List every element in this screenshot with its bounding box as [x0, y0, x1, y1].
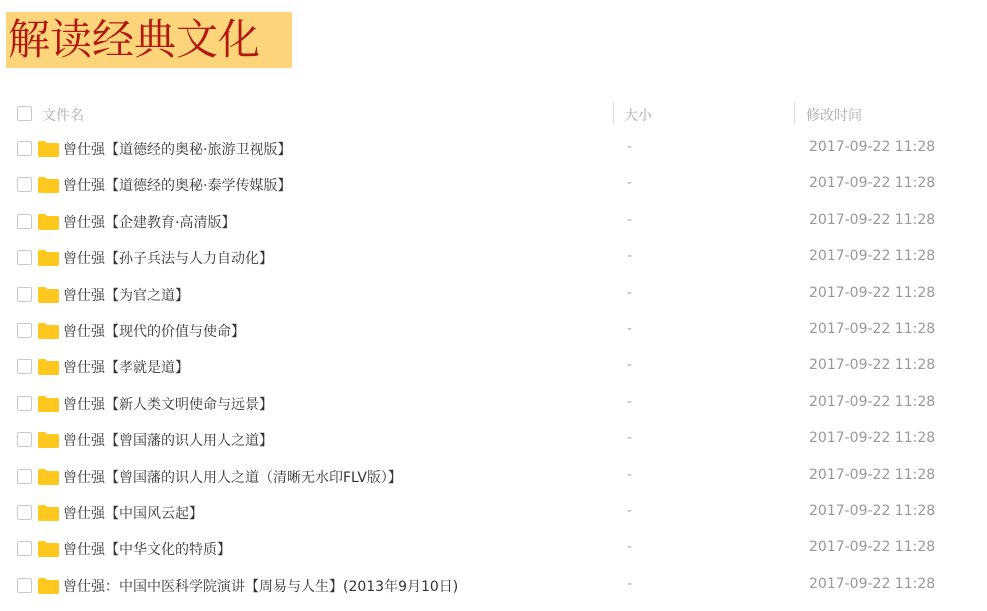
- file-name-link[interactable]: 曾仕强【曾国藩的识人用人之道】: [63, 430, 273, 450]
- file-modified-time: 2017-09-22 11:28: [809, 285, 935, 301]
- file-row[interactable]: 曾仕强【中华文化的特质】-2017-09-22 11:28: [0, 535, 987, 571]
- file-modified-time: 2017-09-22 11:28: [809, 430, 935, 446]
- file-size: -: [627, 576, 632, 592]
- file-row[interactable]: 曾仕强【为官之道】-2017-09-22 11:28: [0, 281, 987, 317]
- row-checkbox[interactable]: [17, 469, 32, 484]
- file-row[interactable]: 曾仕强【孙子兵法与人力自动化】-2017-09-22 11:28: [0, 244, 987, 280]
- file-modified-time: 2017-09-22 11:28: [809, 321, 935, 337]
- file-size: -: [627, 357, 632, 373]
- folder-icon: [38, 141, 59, 157]
- file-size: -: [627, 175, 632, 191]
- file-name-link[interactable]: 曾仕强【为官之道】: [63, 285, 189, 305]
- file-name-link[interactable]: 曾仕强【曾国藩的识人用人之道（清晰无水印FLV版）】: [63, 467, 402, 487]
- file-row[interactable]: 曾仕强【新人类文明使命与远景】-2017-09-22 11:28: [0, 390, 987, 426]
- folder-icon: [38, 396, 59, 412]
- folder-icon: [38, 578, 59, 594]
- file-size: -: [627, 212, 632, 228]
- folder-icon: [38, 287, 59, 303]
- file-size: -: [627, 467, 632, 483]
- row-checkbox[interactable]: [17, 250, 32, 265]
- file-name-link[interactable]: 曾仕强【中华文化的特质】: [63, 539, 231, 559]
- folder-icon: [38, 214, 59, 230]
- file-name-link[interactable]: 曾仕强：中国中医科学院演讲【周易与人生】(2013年9月10日): [63, 576, 458, 596]
- file-modified-time: 2017-09-22 11:28: [809, 503, 935, 519]
- row-checkbox[interactable]: [17, 287, 32, 302]
- column-header-name[interactable]: 文件名: [42, 105, 84, 125]
- column-header-size[interactable]: 大小: [624, 105, 652, 125]
- folder-icon: [38, 432, 59, 448]
- file-name-link[interactable]: 曾仕强【道德经的奥秘·旅游卫视版】: [63, 139, 291, 159]
- file-list-header: 文件名 大小 修改时间: [0, 99, 987, 129]
- row-checkbox[interactable]: [17, 505, 32, 520]
- file-modified-time: 2017-09-22 11:28: [809, 467, 935, 483]
- file-modified-time: 2017-09-22 11:28: [809, 539, 935, 555]
- folder-icon: [38, 250, 59, 266]
- file-size: -: [627, 539, 632, 555]
- folder-icon: [38, 541, 59, 557]
- file-size: -: [627, 503, 632, 519]
- file-modified-time: 2017-09-22 11:28: [809, 394, 935, 410]
- folder-icon: [38, 505, 59, 521]
- row-checkbox[interactable]: [17, 396, 32, 411]
- file-name-link[interactable]: 曾仕强【企建教育·高清版】: [63, 212, 235, 232]
- file-size: -: [627, 430, 632, 446]
- file-row[interactable]: 曾仕强：中国中医科学院演讲【周易与人生】(2013年9月10日)-2017-09…: [0, 572, 987, 608]
- row-checkbox[interactable]: [17, 214, 32, 229]
- file-row[interactable]: 曾仕强【孝就是道】-2017-09-22 11:28: [0, 353, 987, 389]
- column-divider[interactable]: [613, 102, 614, 124]
- row-checkbox[interactable]: [17, 323, 32, 338]
- file-size: -: [627, 285, 632, 301]
- folder-icon: [38, 323, 59, 339]
- file-modified-time: 2017-09-22 11:28: [809, 175, 935, 191]
- file-size: -: [627, 248, 632, 264]
- file-modified-time: 2017-09-22 11:28: [809, 576, 935, 592]
- file-size: -: [627, 321, 632, 337]
- file-modified-time: 2017-09-22 11:28: [809, 248, 935, 264]
- file-name-link[interactable]: 曾仕强【中国风云起】: [63, 503, 203, 523]
- page-banner-title: 解读经典文化: [6, 12, 292, 68]
- folder-icon: [38, 177, 59, 193]
- folder-icon: [38, 469, 59, 485]
- file-row[interactable]: 曾仕强【曾国藩的识人用人之道（清晰无水印FLV版）】-2017-09-22 11…: [0, 463, 987, 499]
- file-name-link[interactable]: 曾仕强【新人类文明使命与远景】: [63, 394, 273, 414]
- file-name-link[interactable]: 曾仕强【道德经的奥秘·泰学传媒版】: [63, 175, 291, 195]
- file-name-link[interactable]: 曾仕强【孝就是道】: [63, 357, 189, 377]
- file-modified-time: 2017-09-22 11:28: [809, 139, 935, 155]
- file-row[interactable]: 曾仕强【中国风云起】-2017-09-22 11:28: [0, 499, 987, 535]
- row-checkbox[interactable]: [17, 141, 32, 156]
- row-checkbox[interactable]: [17, 432, 32, 447]
- column-divider[interactable]: [794, 102, 795, 124]
- file-row[interactable]: 曾仕强【企建教育·高清版】-2017-09-22 11:28: [0, 208, 987, 244]
- file-size: -: [627, 139, 632, 155]
- file-row[interactable]: 曾仕强【道德经的奥秘·泰学传媒版】-2017-09-22 11:28: [0, 171, 987, 207]
- row-checkbox[interactable]: [17, 177, 32, 192]
- file-modified-time: 2017-09-22 11:28: [809, 357, 935, 373]
- file-name-link[interactable]: 曾仕强【现代的价值与使命】: [63, 321, 245, 341]
- file-name-link[interactable]: 曾仕强【孙子兵法与人力自动化】: [63, 248, 273, 268]
- select-all-checkbox[interactable]: [17, 106, 32, 121]
- folder-icon: [38, 359, 59, 375]
- file-row[interactable]: 曾仕强【现代的价值与使命】-2017-09-22 11:28: [0, 317, 987, 353]
- file-row[interactable]: 曾仕强【曾国藩的识人用人之道】-2017-09-22 11:28: [0, 426, 987, 462]
- file-modified-time: 2017-09-22 11:28: [809, 212, 935, 228]
- file-row[interactable]: 曾仕强【道德经的奥秘·旅游卫视版】-2017-09-22 11:28: [0, 135, 987, 171]
- file-size: -: [627, 394, 632, 410]
- row-checkbox[interactable]: [17, 359, 32, 374]
- row-checkbox[interactable]: [17, 541, 32, 556]
- column-header-modified[interactable]: 修改时间: [806, 105, 862, 125]
- row-checkbox[interactable]: [17, 578, 32, 593]
